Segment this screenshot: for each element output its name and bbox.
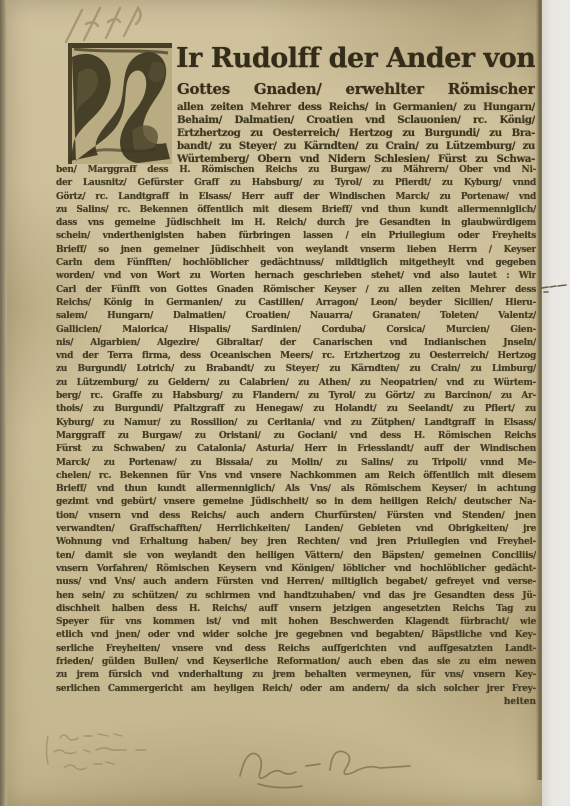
text-line: Görtz/ rc. Landtgraff in Elsass/ Herr au… bbox=[56, 191, 536, 204]
text-line: Speyer für vns kommen ist/ vnd mit hohen… bbox=[56, 616, 536, 629]
text-line: Marggraff zu Burgaw/ zu Oristani/ zu Goc… bbox=[56, 430, 536, 443]
text-line: Reichs/ König in Germanien/ zu Castilien… bbox=[56, 297, 536, 310]
top-left-pencil-date bbox=[58, 2, 158, 50]
body-text-lines: ben/ Marggraff dess H. Römischen Reichs … bbox=[56, 164, 536, 696]
text-line: ben/ Marggraff dess H. Römischen Reichs … bbox=[56, 164, 536, 177]
text-line: schein/ vnderthenigisten haben fürbringe… bbox=[56, 230, 536, 243]
catchword: heiten bbox=[56, 697, 536, 707]
bottom-center-ink-inscription bbox=[228, 732, 438, 792]
text-line: tion/ vnsern vnd dess Reichs/ auch ander… bbox=[56, 510, 536, 523]
text-line: dass vns gemeine Jüdischheit im H. Reich… bbox=[56, 217, 536, 230]
text-line: Brieff/ so jnen gemeiner Jüdischheit von… bbox=[56, 244, 536, 257]
text-line: nuss/ vnd Vns/ auch andern Fürsten vnd H… bbox=[56, 576, 536, 589]
text-line: verwandten/ Graffschafften/ Herrlichkeit… bbox=[56, 523, 536, 536]
text-line: salem/ Hungarn/ Dalmatien/ Croatien/ Nau… bbox=[56, 310, 536, 323]
text-line: hen sein/ zu schützen/ zu schirmen vnd h… bbox=[56, 590, 536, 603]
text-line: allen zeiten Mehrer dess Reichs/ in Germ… bbox=[177, 101, 535, 114]
text-line: vnd der Terra firma, dess Oceanischen Me… bbox=[56, 350, 536, 363]
text-line: Marck/ zu Portenaw/ zu Bissaia/ zu Molin… bbox=[56, 457, 536, 470]
right-margin-ink-mark bbox=[540, 278, 568, 298]
text-line: worden/ vnd von Wort zu Worten hernach g… bbox=[56, 270, 536, 283]
text-line: vnsern Vorfahren/ Römischen Keysern vnd … bbox=[56, 563, 536, 576]
text-line: berg/ rc. Graffe zu Habsburg/ zu Flander… bbox=[56, 390, 536, 403]
text-line: etlich vnd jnen/ oder vnd wider solche j… bbox=[56, 629, 536, 642]
text-line: zu jrem fürsich vnd vnderhaltung zu jrem… bbox=[56, 669, 536, 682]
text-line: gezimt vnd gebürt/ vnsere gemeine Jüdisc… bbox=[56, 496, 536, 509]
text-line: dischheit halben dess H. Reichs/ auff vn… bbox=[56, 603, 536, 616]
text-line: Fürst zu Schwaben/ zu Catalonia/ Asturia… bbox=[56, 443, 536, 456]
text-line: chelen/ rc. Bekennen für Vns vnd vnsere … bbox=[56, 470, 536, 483]
text-line: bandt/ zu Steyer/ zu Kärndten/ zu Crain/… bbox=[177, 140, 535, 153]
heading-line-2: Gottes Gnaden/ erwehlter Römischer Keyse… bbox=[177, 79, 535, 101]
titulature-indented-lines: allen zeiten Mehrer dess Reichs/ in Germ… bbox=[177, 101, 535, 165]
text-line: frieden/ gülden Bullen/ vnd Keyserliche … bbox=[56, 656, 536, 669]
text-line: zu Salins/ rc. Bekennen öffentlich mit d… bbox=[56, 204, 536, 217]
text-line: Ertzhertzog zu Oesterreich/ Hertzog zu B… bbox=[177, 127, 535, 140]
binding-edge bbox=[0, 0, 7, 806]
text-line: Gallicien/ Maiorica/ Hispalis/ Sardinien… bbox=[56, 324, 536, 337]
bottom-left-pencil-shelfmark bbox=[44, 728, 194, 784]
text-line: zu Lützemburg/ zu Geldern/ zu Calabrien/… bbox=[56, 377, 536, 390]
text-line: thois/ zu Burgundi/ Pfaltzgraff zu Heneg… bbox=[56, 403, 536, 416]
text-line: Kyburg/ zu Namur/ zu Rossilion/ zu Cerit… bbox=[56, 417, 536, 430]
text-line: zu Burgundi/ Lotrich/ zu Brabandt/ zu St… bbox=[56, 363, 536, 376]
text-line: Carln dem Fünfften/ hochlöblicher gedäch… bbox=[56, 257, 536, 270]
text-line: ten/ damit sie von weylandt den heiligen… bbox=[56, 550, 536, 563]
woodcut-initial-w bbox=[68, 43, 172, 164]
text-line: serlichen Cammergericht am heyligen Reic… bbox=[56, 683, 536, 696]
text-line: Brieff/ vnd thun kundt allermenniglich/ … bbox=[56, 483, 536, 496]
text-line: Behaim/ Dalmatien/ Croatien vnd Sclauoni… bbox=[177, 114, 535, 127]
scanner-background bbox=[542, 0, 570, 806]
text-line: Carl der Fünfft von Gottes Gnaden Römisc… bbox=[56, 284, 536, 297]
document-scan: Ir Rudolff der Ander von Gottes Gnaden/ … bbox=[0, 0, 570, 806]
heading-line-1: Ir Rudolff der Ander von bbox=[176, 42, 535, 78]
text-line: der Lausnitz/ Gefürster Graff zu Habsbur… bbox=[56, 177, 536, 190]
text-line: serliche Freyheiten/ vnsere vnd dess Rei… bbox=[56, 643, 536, 656]
text-line: nis/ Algarbien/ Algezire/ Gibraltar/ der… bbox=[56, 337, 536, 350]
text-line: Wohnung vnd Erhaltung haben/ bey jren Re… bbox=[56, 536, 536, 549]
